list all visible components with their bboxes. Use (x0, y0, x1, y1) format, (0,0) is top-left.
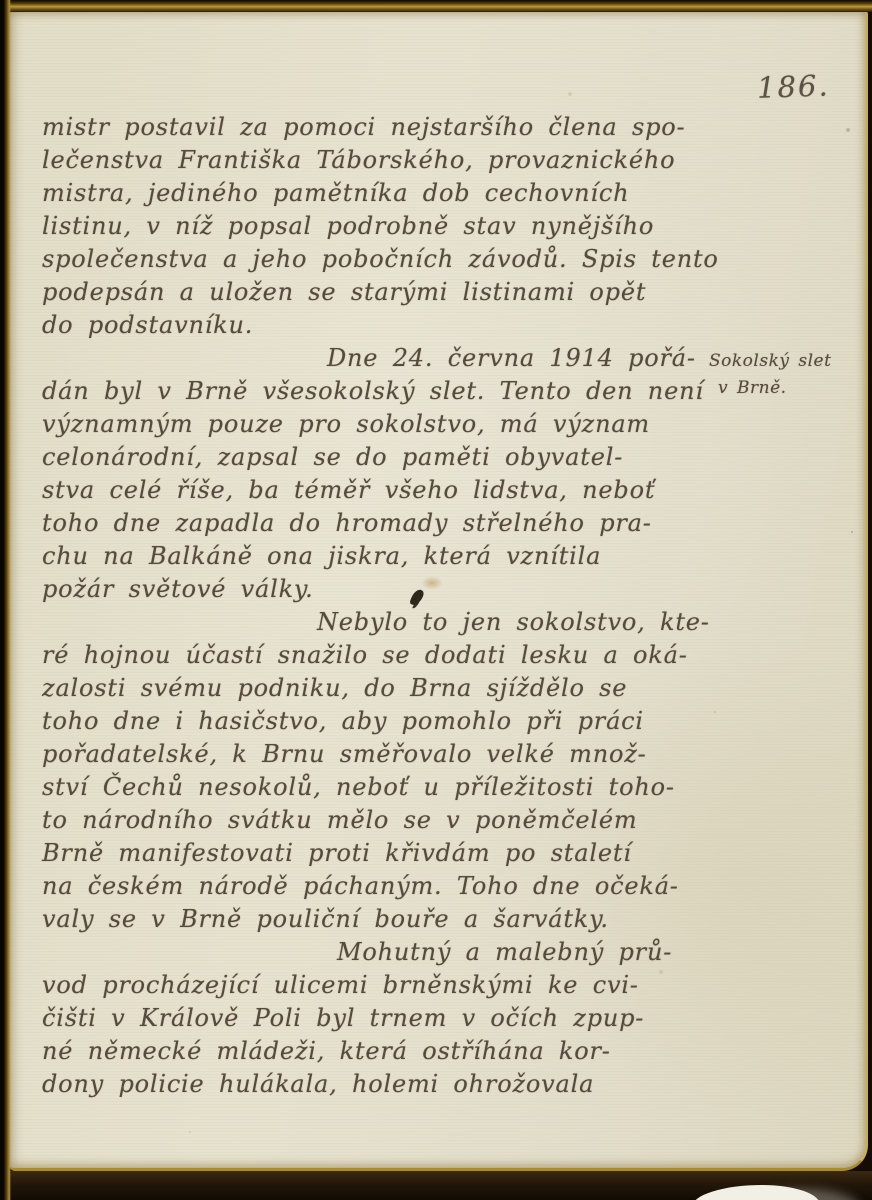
text-line: Nebylo to jen sokolstvo, kte- (42, 606, 714, 639)
text-line: celonárodní, zapsal se do paměti obyvate… (42, 441, 714, 474)
book-edge-left (0, 0, 11, 1200)
page-scan: 186. mistr postavil za pomoci nejstaršíh… (0, 0, 872, 1200)
text-line: chu na Balkáně ona jiskra, která vznítil… (42, 540, 714, 573)
margin-note-line-2: v Brně. (709, 375, 872, 402)
margin-note: Sokolský slet v Brně. (709, 348, 872, 402)
text-line: ství Čechů nesokolů, neboť u příležitost… (42, 771, 714, 804)
text-line: dony policie hulákala, holemi ohrožovala (42, 1068, 714, 1101)
text-line: dán byl v Brně všesokolský slet. Tento d… (42, 375, 714, 408)
manuscript-text: mistr postavil za pomoci nejstaršího čle… (42, 111, 714, 1101)
margin-note-line-1: Sokolský slet (709, 348, 872, 375)
text-line: čišti v Králově Poli byl trnem v očích z… (42, 1002, 714, 1035)
text-line: né německé mládeži, která ostříhána kor- (42, 1035, 714, 1068)
text-line: toho dne zapadla do hromady střelného pr… (42, 507, 714, 540)
text-line: podepsán a uložen se starými listinami o… (42, 276, 714, 309)
text-line: požár světové války. (42, 573, 714, 606)
book-edge-top (0, 0, 872, 12)
text-line: listinu, v níž popsal podrobně stav nyně… (42, 210, 714, 243)
text-line: valy se v Brně pouliční bouře a šarvátky… (42, 903, 714, 936)
page-number: 186. (756, 67, 867, 105)
text-line: Dne 24. června 1914 pořá- (42, 342, 714, 375)
text-line: zalosti svému podniku, do Brna sjíždělo … (42, 672, 714, 705)
text-line: to národního svátku mělo se v poněmčelém (42, 804, 714, 837)
stain (421, 576, 443, 590)
manuscript-page: 186. mistr postavil za pomoci nejstaršíh… (9, 11, 868, 1171)
text-line: toho dne i hasičstvo, aby pomohlo při pr… (42, 705, 714, 738)
text-line: na českém národě páchaným. Toho dne oček… (42, 870, 714, 903)
text-line: pořadatelské, k Brnu směřovalo velké mno… (42, 738, 714, 771)
text-line: Mohutný a malebný prů- (42, 936, 714, 969)
text-line: vod procházející ulicemi brněnskými ke c… (42, 969, 714, 1002)
text-line: významným pouze pro sokolstvo, má význam (42, 408, 714, 441)
text-line: stva celé říše, ba téměř všeho lidstva, … (42, 474, 714, 507)
text-line: mistra, jediného pamětníka dob cechovníc… (42, 177, 714, 210)
text-line: Brně manifestovati proti křivdám po stal… (42, 837, 714, 870)
text-line: společenstva a jeho pobočních závodů. Sp… (42, 243, 714, 276)
text-line: mistr postavil za pomoci nejstaršího čle… (42, 111, 714, 144)
text-line: do podstavníku. (42, 309, 714, 342)
text-line: lečenstva Františka Táborského, provazni… (42, 144, 714, 177)
text-line: ré hojnou účastí snažilo se dodati lesku… (42, 639, 714, 672)
